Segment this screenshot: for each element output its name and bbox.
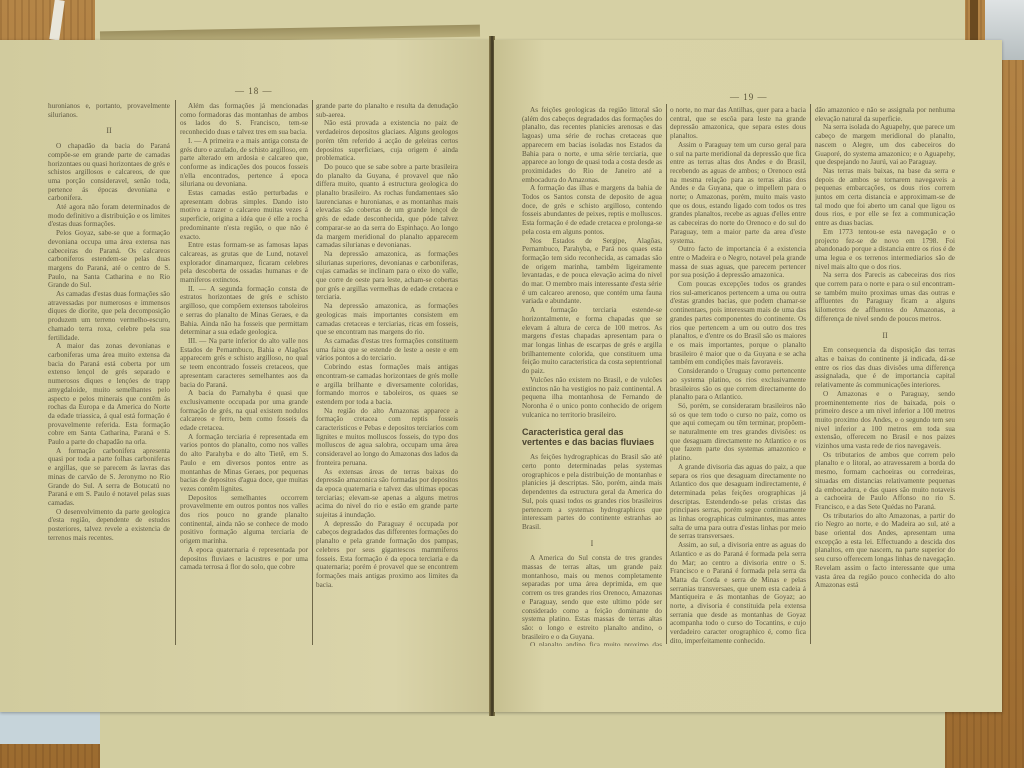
paragraph: As extensas áreas de terras baixas do de… xyxy=(316,468,458,520)
paragraph: O desenvolvimento da parte geologica d'e… xyxy=(48,508,170,543)
paragraph: Em consequencia da disposição das terras… xyxy=(815,346,955,390)
paragraph: As feições geologicas da região littoral… xyxy=(522,106,662,184)
paragraph: Na serra dos Parecis as cabeceiras dos r… xyxy=(815,271,955,323)
paragraph: Pelos Goyaz, sabe-se que a formação devo… xyxy=(48,229,170,290)
paragraph: A formação terciaria estende-se horizont… xyxy=(522,306,662,376)
right-page-column-2: o norte, no mar das Antilhas, quer para … xyxy=(670,106,806,646)
column-divider xyxy=(312,100,313,645)
paragraph: Na depressão amazonica, as formações geo… xyxy=(316,302,458,337)
paragraph: A formação terciaria é representada em v… xyxy=(180,433,308,494)
paragraph: Na região do alto Amazonas apparece a fo… xyxy=(316,407,458,468)
paragraph: As feições hydrographicas do Brasil são … xyxy=(522,453,662,531)
paragraph: Considerando o Uruguay como pertencente … xyxy=(670,367,806,402)
left-page-column-2: Além das formações já mencionadas como f… xyxy=(180,102,308,647)
paragraph: Assim, ao sul, a divisoria entre as agua… xyxy=(670,541,806,645)
paragraph: A formação das ilhas e margens da bahia … xyxy=(522,184,662,236)
paragraph: III. — Na parte inferior do alto valle n… xyxy=(180,337,308,389)
paragraph: o norte, no mar das Antilhas, quer para … xyxy=(670,106,806,141)
paragraph: A depressão do Paraguay é occupada por c… xyxy=(316,520,458,590)
paragraph: Cobrindo estas formações mais antigas en… xyxy=(316,363,458,407)
paragraph: A epoca quaternaria é representada por d… xyxy=(180,546,308,572)
section-number: II xyxy=(48,127,170,136)
paragraph: Na serra isolada do Aguapehy, que parece… xyxy=(815,123,955,167)
paragraph: O chapadão da bacia do Paraná compõe-se … xyxy=(48,142,170,203)
paragraph: A bacia do Parnahyba é quasi que exclusi… xyxy=(180,389,308,433)
paragraph: Não está provada a existencia no paiz de… xyxy=(316,119,458,163)
paragraph: A maior das zonas devonianas e carbonife… xyxy=(48,342,170,446)
paragraph: Em 1773 tentou-se esta navegação e o pro… xyxy=(815,228,955,272)
paragraph: Outro facto de importancia é a existenci… xyxy=(670,245,806,280)
left-page-column-3: grande parte do planalto e resulta da de… xyxy=(316,102,458,647)
column-divider xyxy=(810,104,811,644)
paragraph: Estas camadas estão perturbadas e aprese… xyxy=(180,189,308,241)
paragraph: Nas terras mais baixas, na base da serra… xyxy=(815,167,955,228)
paragraph: Assim o Paraguay tem um curso geral para… xyxy=(670,141,806,245)
paragraph: Depositos semelhantes occorrem provavelm… xyxy=(180,494,308,546)
paragraph: II. — A segunda formação consta de estra… xyxy=(180,285,308,337)
paragraph: Os tributarios do alto Amazonas, a parti… xyxy=(815,512,955,590)
paragraph: As camadas d'estas tres formações consti… xyxy=(316,337,458,363)
paragraph: Com poucas excepções todos os grandes ri… xyxy=(670,280,806,367)
paragraph: As camadas d'estas duas formações são at… xyxy=(48,290,170,342)
paragraph: A grande divisoria das aguas do paiz, a … xyxy=(670,463,806,541)
paragraph: Vulcões não existem no Brasil, e de vulc… xyxy=(522,376,662,420)
paragraph: O planalto andino fica muito proximo das… xyxy=(522,641,662,646)
paragraph: dão amazonico e não se assignala por nen… xyxy=(815,106,955,123)
paragraph: Na depressão amazonica, as formações sil… xyxy=(316,250,458,302)
paragraph: Os tributarios de ambos que correm pelo … xyxy=(815,451,955,512)
right-page-column-3: dão amazonico e não se assignala por nen… xyxy=(815,106,955,646)
column-divider xyxy=(666,104,667,644)
section-number: II xyxy=(815,332,955,341)
left-page-column-1: huronianos e, portanto, provavelmente si… xyxy=(48,102,170,642)
right-page-column-1: As feições geologicas da região littoral… xyxy=(522,106,662,646)
paragraph: Entre estas formam-se as famosas lapas c… xyxy=(180,241,308,285)
paragraph: O Amazonas e o Paraguay, sendo proeminen… xyxy=(815,390,955,451)
paragraph: huronianos e, portanto, provavelmente si… xyxy=(48,102,170,119)
paragraph: A America do Sul consta de tres grandes … xyxy=(522,554,662,641)
paragraph: Além das formações já mencionadas como f… xyxy=(180,102,308,137)
section-heading: Caracteristica geral das vertentes e das… xyxy=(522,427,662,447)
paragraph: A formação carbonifera apresenta quasi p… xyxy=(48,447,170,508)
paragraph: I. — A primeira e a mais antiga consta d… xyxy=(180,137,308,189)
section-number: I xyxy=(522,540,662,549)
paragraph: grande parte do planalto e resulta da de… xyxy=(316,102,458,119)
paragraph: Só, porém, se consideraram brasileiros n… xyxy=(670,402,806,463)
paragraph: Até agora não foram determinados de modo… xyxy=(48,203,170,229)
page-number: — 18 — xyxy=(235,86,273,96)
column-divider xyxy=(175,100,176,645)
paragraph: Nos Estados de Sergipe, Alagôas, Pernamb… xyxy=(522,237,662,307)
page-number: — 19 — xyxy=(730,92,768,102)
paragraph: Do pouco que se sabe sobre a parte brasi… xyxy=(316,163,458,250)
